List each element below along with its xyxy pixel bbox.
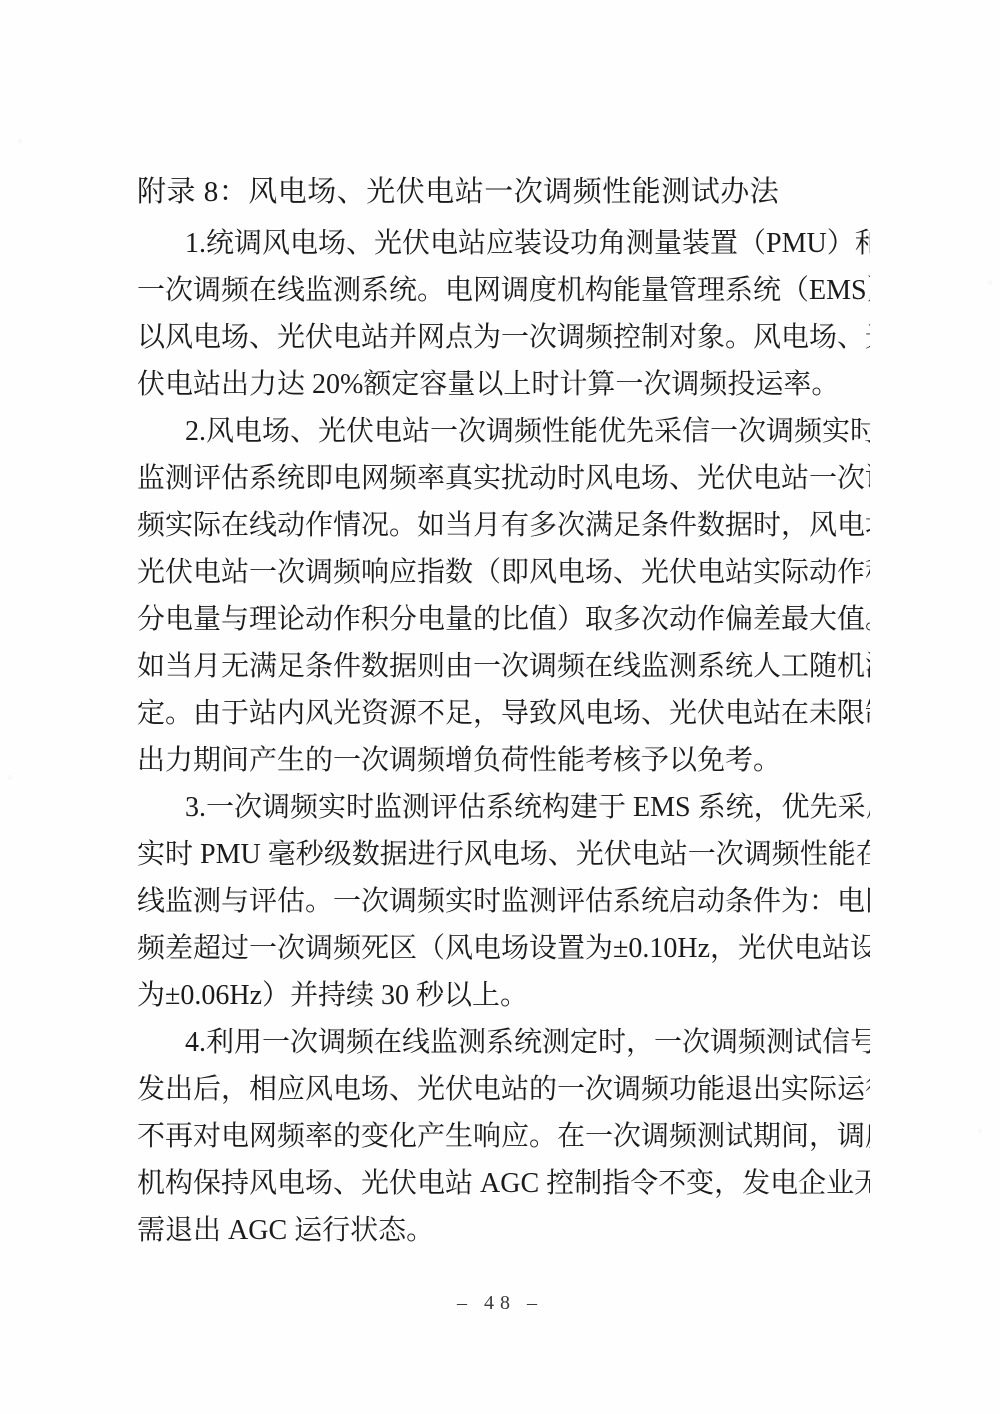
text-line: 监测评估系统即电网频率真实扰动时风电场、光伏电站一次调 (137, 455, 870, 502)
document-body: 1.统调风电场、光伏电站应装设功角测量装置（PMU）和一次调频在线监测系统。电网… (137, 220, 870, 1254)
text-line: 1.统调风电场、光伏电站应装设功角测量装置（PMU）和 (137, 220, 870, 267)
page-footer: – 48 – (0, 1292, 1000, 1315)
text-line: 2.风电场、光伏电站一次调频性能优先采信一次调频实时 (137, 408, 870, 455)
text-line: 如当月无满足条件数据则由一次调频在线监测系统人工随机测 (137, 643, 870, 690)
text-line: 频差超过一次调频死区（风电场设置为±0.10Hz，光伏电站设置 (137, 925, 870, 972)
text-line: 线监测与评估。一次调频实时监测评估系统启动条件为：电网 (137, 878, 870, 925)
text-line: 定。由于站内风光资源不足，导致风电场、光伏电站在未限制 (137, 690, 870, 737)
text-line: 4.利用一次调频在线监测系统测定时，一次调频测试信号 (137, 1019, 870, 1066)
paragraph: 4.利用一次调频在线监测系统测定时，一次调频测试信号发出后，相应风电场、光伏电站… (137, 1019, 870, 1254)
text-line: 为±0.06Hz）并持续 30 秒以上。 (137, 972, 870, 1019)
text-line: 需退出 AGC 运行状态。 (137, 1207, 870, 1254)
text-line: 实时 PMU 毫秒级数据进行风电场、光伏电站一次调频性能在 (137, 831, 870, 878)
text-line: 发出后，相应风电场、光伏电站的一次调频功能退出实际运行， (137, 1066, 870, 1113)
text-line: 一次调频在线监测系统。电网调度机构能量管理系统（EMS） (137, 267, 870, 314)
paragraph: 2.风电场、光伏电站一次调频性能优先采信一次调频实时监测评估系统即电网频率真实扰… (137, 408, 870, 784)
text-line: 以风电场、光伏电站并网点为一次调频控制对象。风电场、光 (137, 314, 870, 361)
document-page: 附录 8：风电场、光伏电站一次调频性能测试办法 1.统调风电场、光伏电站应装设功… (0, 0, 1000, 1414)
text-line: 3.一次调频实时监测评估系统构建于 EMS 系统，优先采用 (137, 784, 870, 831)
paragraph: 3.一次调频实时监测评估系统构建于 EMS 系统，优先采用实时 PMU 毫秒级数… (137, 784, 870, 1019)
text-line: 机构保持风电场、光伏电站 AGC 控制指令不变，发电企业无 (137, 1160, 870, 1207)
document-title: 附录 8：风电场、光伏电站一次调频性能测试办法 (137, 172, 877, 212)
text-line: 不再对电网频率的变化产生响应。在一次调频测试期间，调度 (137, 1113, 870, 1160)
text-line: 分电量与理论动作积分电量的比值）取多次动作偏差最大值。 (137, 596, 870, 643)
text-line: 光伏电站一次调频响应指数（即风电场、光伏电站实际动作积 (137, 549, 870, 596)
text-line: 频实际在线动作情况。如当月有多次满足条件数据时，风电场、 (137, 502, 870, 549)
text-line: 伏电站出力达 20%额定容量以上时计算一次调频投运率。 (137, 361, 870, 408)
page-number: – 48 – (457, 1292, 543, 1314)
paragraph: 1.统调风电场、光伏电站应装设功角测量装置（PMU）和一次调频在线监测系统。电网… (137, 220, 870, 408)
text-line: 出力期间产生的一次调频增负荷性能考核予以免考。 (137, 737, 870, 784)
